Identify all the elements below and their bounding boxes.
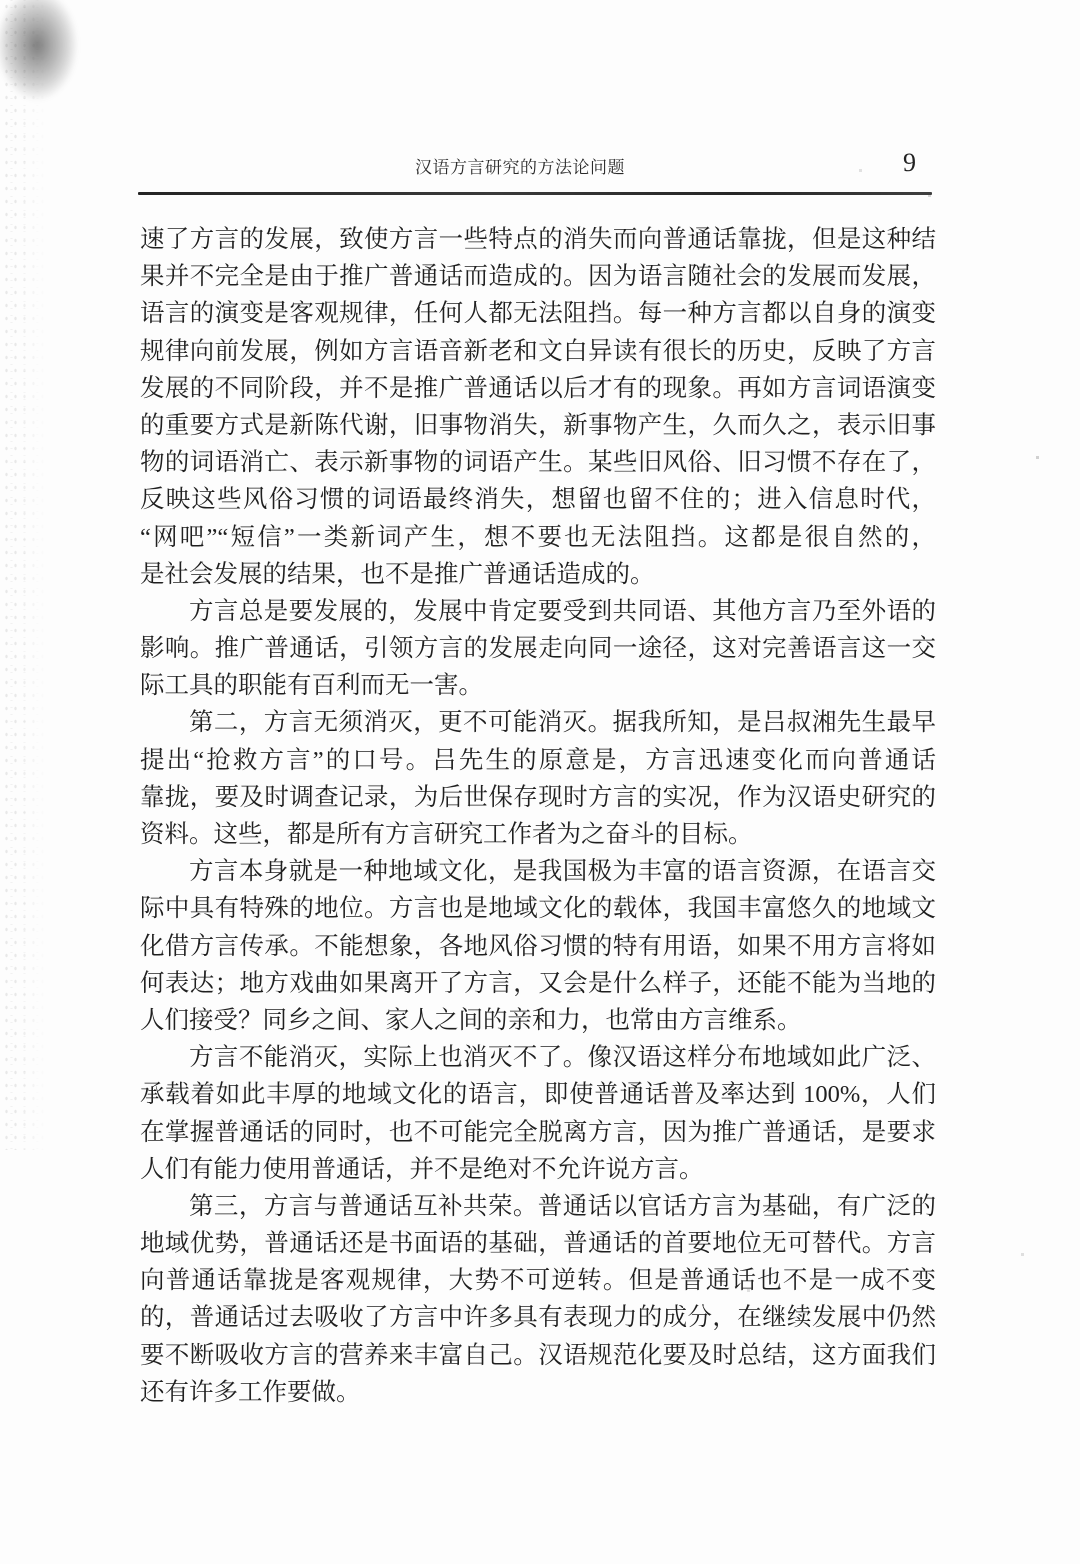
text-block: 速了方言的发展，致使方言一些特点的消失而向普通话靠拢，但是这种结果并不完全是由于… xyxy=(140,221,936,1411)
text-line: 资料。这些，都是所有方言研究工作者为之奋斗的目标。 xyxy=(140,816,936,853)
text-line: 第二，方言无须消灭，更不可能消灭。据我所知，是吕叔湘先生最早 xyxy=(140,704,936,741)
text-line: 发展的不同阶段，并不是推广普通话以后才有的现象。再如方言词语演变 xyxy=(140,370,936,407)
text-line: 靠拢，要及时调查记录，为后世保存现时方言的实况，作为汉语史研究的 xyxy=(140,779,936,816)
running-header-title: 汉语方言研究的方法论问题 xyxy=(140,153,900,178)
text-line: 果并不完全是由于推广普通话而造成的。因为语言随社会的发展而发展， xyxy=(140,258,936,295)
text-line: 承载着如此丰厚的地域文化的语言，即使普通话普及率达到 100%，人们 xyxy=(140,1076,936,1113)
text-line: 物的词语消亡、表示新事物的词语产生。某些旧风俗、旧习惯不存在了， xyxy=(140,444,936,481)
text-line: 际中具有特殊的地位。方言也是地域文化的载体，我国丰富悠久的地域文 xyxy=(140,890,936,927)
header-rule-divider xyxy=(138,192,932,195)
text-line: 要不断吸收方言的营养来丰富自己。汉语规范化要及时总结，这方面我们 xyxy=(140,1337,936,1374)
text-line: 际工具的职能有百利而无一害。 xyxy=(140,667,936,704)
page-number: 9 xyxy=(903,148,916,178)
text-line: 的，普通话过去吸收了方言中许多具有表现力的成分，在继续发展中仍然 xyxy=(140,1299,936,1336)
scanned-book-page: 汉语方言研究的方法论问题 9 速了方言的发展，致使方言一些特点的消失而向普通话靠… xyxy=(0,0,1080,1564)
text-line: 方言本身就是一种地域文化，是我国极为丰富的语言资源，在语言交 xyxy=(140,853,936,890)
text-line: 影响。推广普通话，引领方言的发展走向同一途径，这对完善语言这一交 xyxy=(140,630,936,667)
text-line: 人们接受？同乡之间、家人之间的亲和力，也常由方言维系。 xyxy=(140,1002,936,1039)
text-line: 还有许多工作要做。 xyxy=(140,1374,936,1411)
text-line: 在掌握普通话的同时，也不可能完全脱离方言，因为推广普通话，是要求 xyxy=(140,1114,936,1151)
text-line: 速了方言的发展，致使方言一些特点的消失而向普通话靠拢，但是这种结 xyxy=(140,221,936,258)
scan-speck-dots xyxy=(0,0,1,1)
text-line: 是社会发展的结果，也不是推广普通话造成的。 xyxy=(140,556,936,593)
text-line: 的重要方式是新陈代谢，旧事物消失，新事物产生，久而久之，表示旧事 xyxy=(140,407,936,444)
scan-smudge-artifact xyxy=(0,0,92,120)
text-line: “网吧”“短信”一类新词产生，想不要也无法阻挡。这都是很自然的， xyxy=(140,519,936,556)
text-line: 化借方言传承。不能想象，各地风俗习惯的特有用语，如果不用方言将如 xyxy=(140,928,936,965)
text-line: 反映这些风俗习惯的词语最终消失，想留也留不住的；进入信息时代， xyxy=(140,481,936,518)
text-line: 语言的演变是客观规律，任何人都无法阻挡。每一种方言都以自身的演变 xyxy=(140,295,936,332)
text-line: 地域优势，普通话还是书面语的基础，普通话的首要地位无可替代。方言 xyxy=(140,1225,936,1262)
text-line: 规律向前发展，例如方言语音新老和文白异读有很长的历史，反映了方言 xyxy=(140,333,936,370)
text-line: 向普通话靠拢是客观规律，大势不可逆转。但是普通话也不是一成不变 xyxy=(140,1262,936,1299)
text-line: 方言总是要发展的，发展中肯定要受到共同语、其他方言乃至外语的 xyxy=(140,593,936,630)
scan-noise-left-edge xyxy=(0,0,48,1150)
text-line: 人们有能力使用普通话，并不是绝对不允许说方言。 xyxy=(140,1151,936,1188)
text-line: 方言不能消灭，实际上也消灭不了。像汉语这样分布地域如此广泛、 xyxy=(140,1039,936,1076)
text-line: 第三，方言与普通话互补共荣。普通话以官话方言为基础，有广泛的 xyxy=(140,1188,936,1225)
text-line: 提出“抢救方言”的口号。吕先生的原意是，方言迅速变化而向普通话 xyxy=(140,742,936,779)
text-line: 何表达；地方戏曲如果离开了方言，又会是什么样子，还能不能为当地的 xyxy=(140,965,936,1002)
